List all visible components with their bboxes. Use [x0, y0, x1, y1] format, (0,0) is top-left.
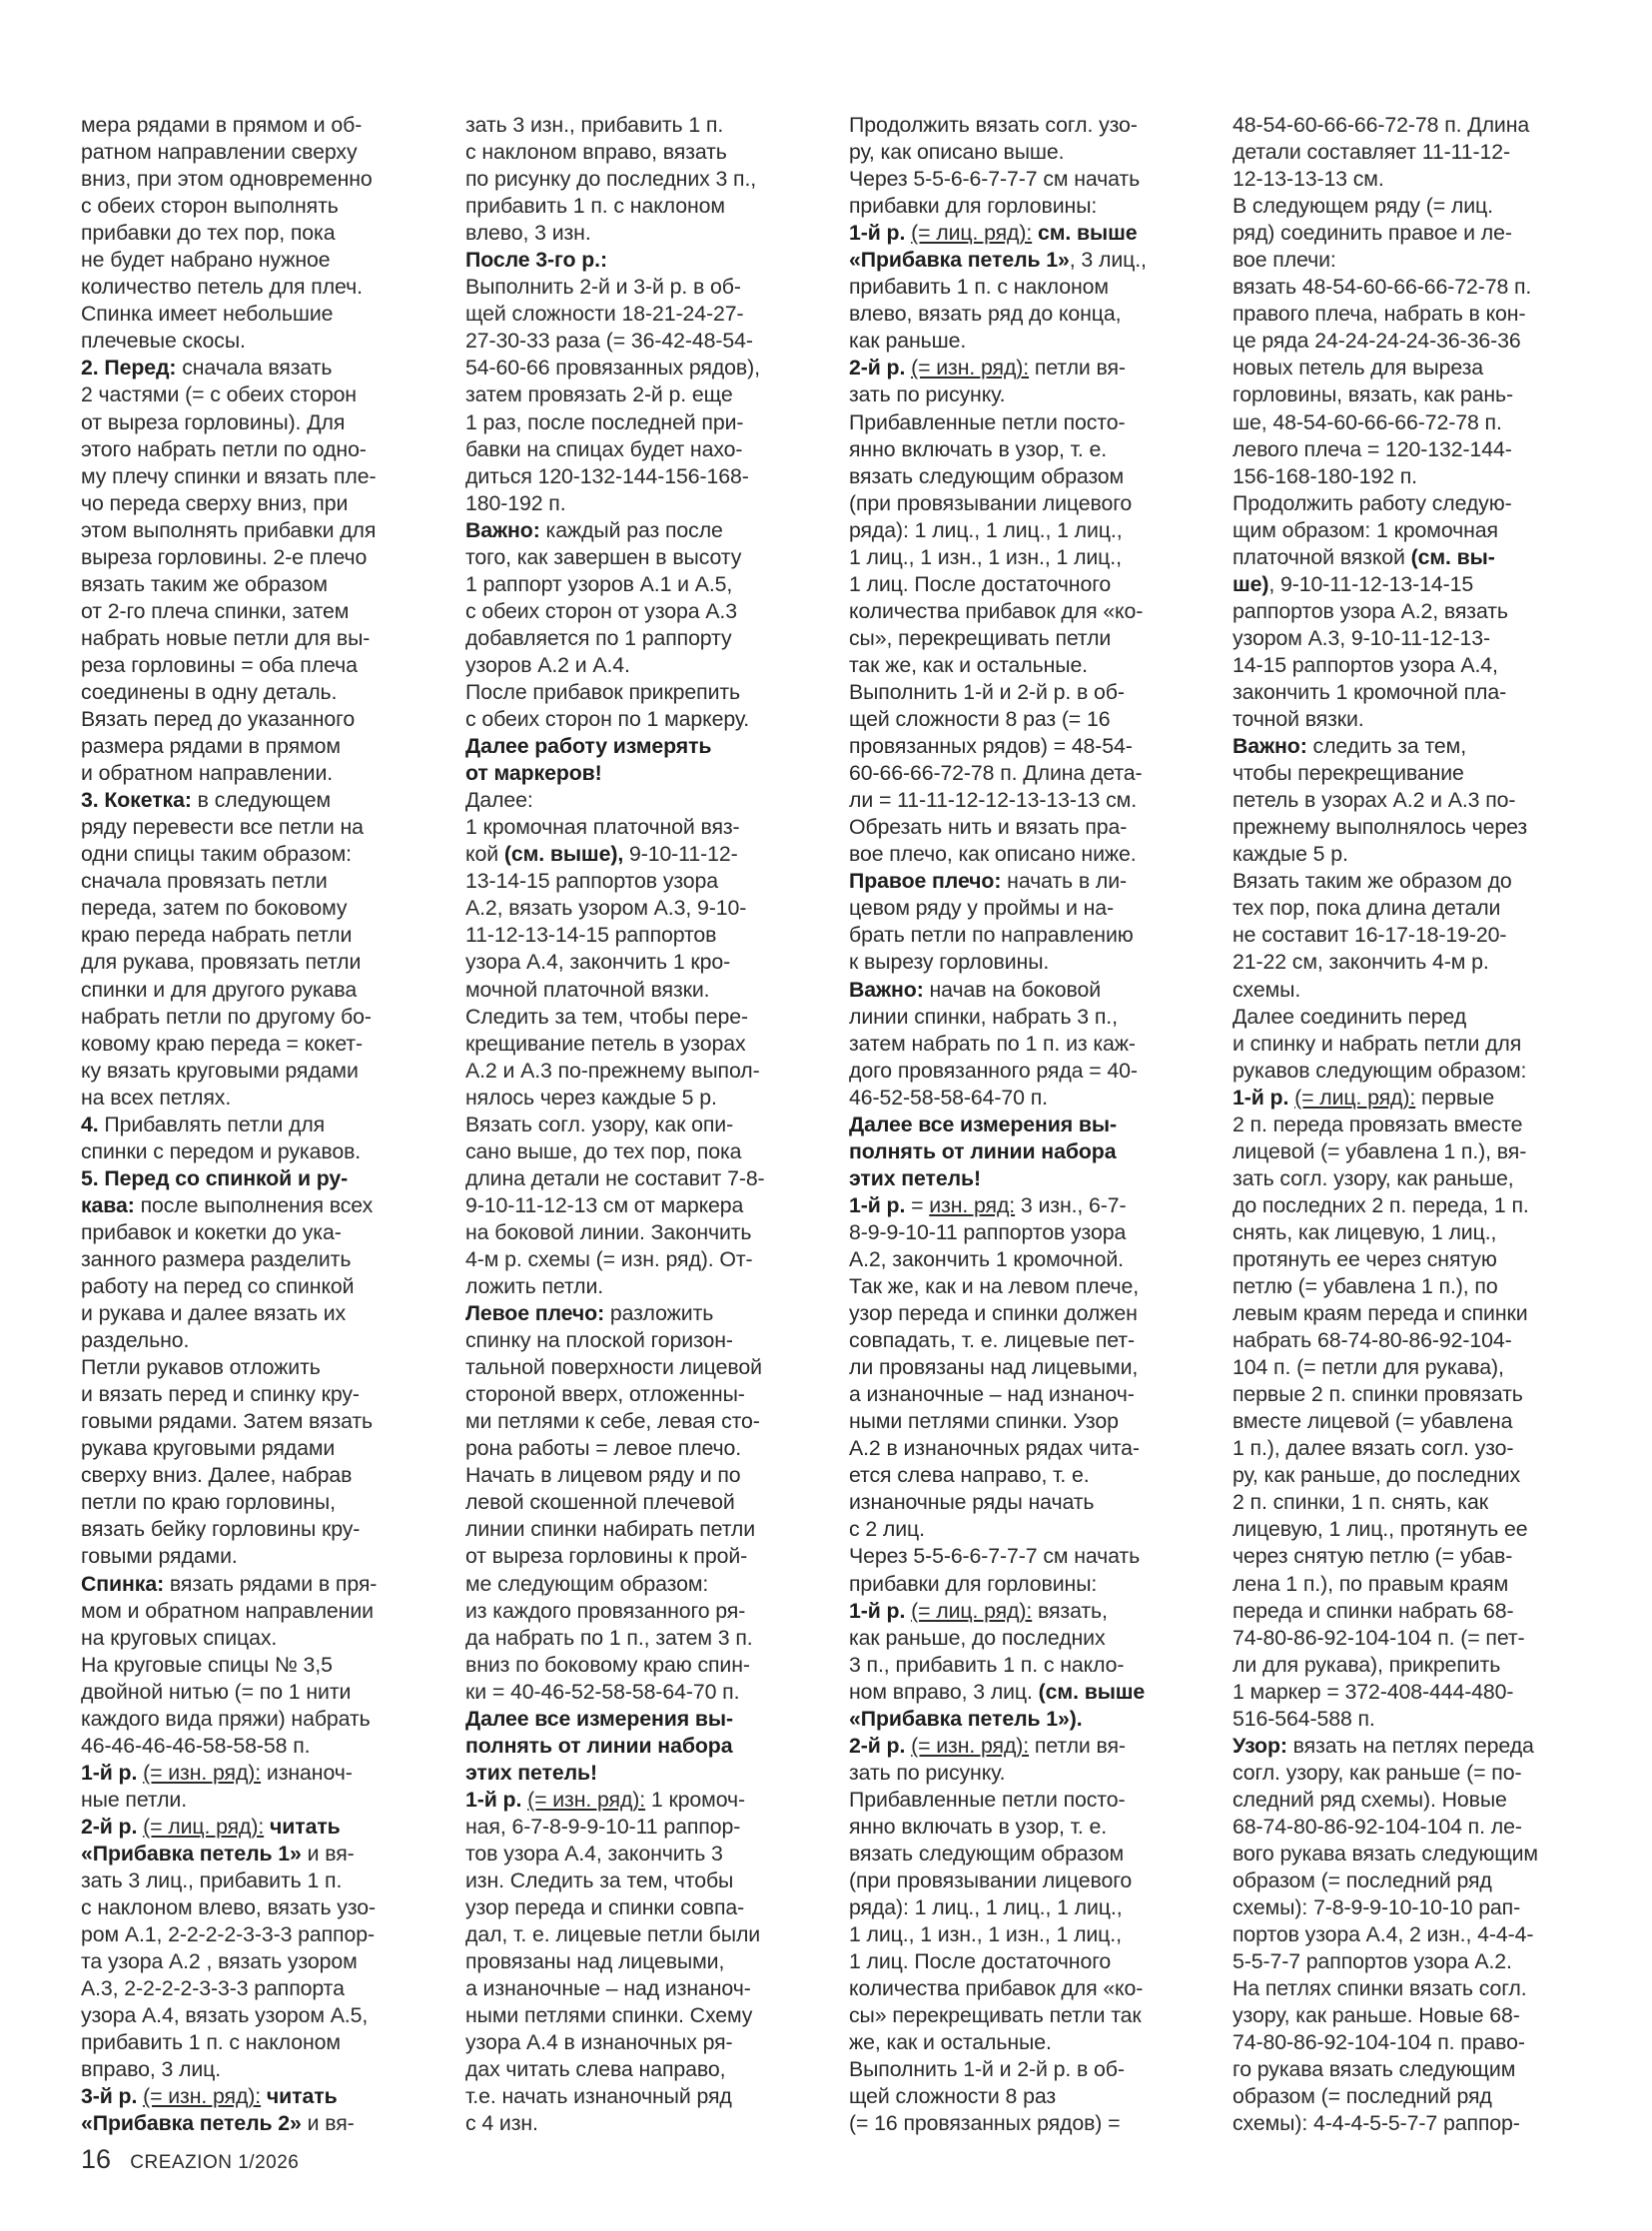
- text-line: После прибавок прикрепить: [465, 679, 815, 706]
- text-line: узора А.4, закончить 1 кро-: [465, 949, 815, 976]
- text-line: прибавки для горловины:: [849, 193, 1199, 220]
- text-run: левого плеча = 120-132-144-: [1233, 437, 1512, 461]
- bold-run: 1-й р.: [1233, 1086, 1288, 1110]
- text-run: соединены в одну деталь.: [81, 680, 337, 704]
- text-line: закончить 1 кромочной пла-: [1233, 679, 1592, 706]
- text-line: того, как завершен в высоту: [465, 544, 815, 571]
- text-run: а изнаночные – над изнаноч-: [465, 1976, 751, 2000]
- text-run: 54-60-66 провязанных рядов),: [465, 356, 760, 379]
- text-line: совпадать, т. е. лицевые пет-: [849, 1327, 1199, 1354]
- text-run: того, как завершен в высоту: [465, 545, 741, 569]
- text-run: говыми рядами.: [81, 1544, 238, 1568]
- text-run: тальной поверхности лицевой: [465, 1355, 762, 1379]
- bold-run: «Прибавка петель 1»: [81, 1842, 302, 1865]
- text-line: вязать следующим образом: [849, 1841, 1199, 1867]
- text-line: горловины, вязать, как рань-: [1233, 381, 1592, 408]
- text-line: линии спинки набирать петли: [465, 1516, 815, 1543]
- text-line: петли по краю горловины,: [81, 1489, 430, 1516]
- text-run: ми петлями к себе, левая сто-: [465, 1409, 760, 1433]
- text-line: и рукава и далее вязать их: [81, 1300, 430, 1327]
- text-line: вязать таким же образом: [81, 571, 430, 598]
- text-line: Выполнить 1-й и 2-й р. в об-: [849, 2056, 1199, 2083]
- text-line: На петлях спинки вязать согл.: [1233, 1975, 1592, 2002]
- text-line: лена 1 п.), по правым краям: [1233, 1571, 1592, 1598]
- text-run: После прибавок прикрепить: [465, 680, 740, 704]
- bold-run: (см. выше),: [504, 842, 623, 866]
- text-line: узор переда и спинки совпа-: [465, 1894, 815, 1921]
- text-line: лицевой (= убавлена 1 п.), вя-: [1233, 1138, 1592, 1165]
- bold-run: Далее все измерения вы-: [465, 1707, 733, 1731]
- text-line: ше), 9-10-11-12-13-14-15: [1233, 571, 1592, 598]
- text-line: (при провязывании лицевого: [849, 1867, 1199, 1894]
- text-line: 46-52-58-58-64-70 п.: [849, 1085, 1199, 1112]
- bold-run: от маркеров!: [465, 761, 602, 785]
- text-run: и спинку и набрать петли для: [1233, 1032, 1521, 1056]
- text-line: Далее соединить перед: [1233, 1004, 1592, 1031]
- text-run: размера рядами в прямом: [81, 734, 341, 758]
- text-run: так же, как и остальные.: [849, 653, 1088, 677]
- text-run: не составит 16-17-18-19-20-: [1233, 923, 1506, 947]
- text-run: 14-15 раппортов узора А.4,: [1233, 653, 1498, 677]
- bold-run: «Прибавка петель 1»).: [849, 1707, 1083, 1731]
- text-line: вместе лицевой (= убавлена: [1233, 1408, 1592, 1435]
- text-run: с наклоном вправо, вязать: [465, 140, 727, 164]
- text-run: 156-168-180-192 п.: [1233, 464, 1417, 488]
- text-run: 4-м р. схемы (= изн. ряд). От-: [465, 1247, 753, 1271]
- text-run: с 4 изн.: [465, 2111, 538, 2135]
- text-line: 27-30-33 раза (= 36-42-48-54-: [465, 328, 815, 355]
- text-run: 60-66-66-72-78 п. Длина дета-: [849, 761, 1142, 785]
- text-run: горловины, вязать, как рань-: [1233, 382, 1513, 406]
- text-line: ном вправо, 3 лиц. (см. выше: [849, 1679, 1199, 1706]
- text-line: 1 кромочная платочной вяз-: [465, 814, 815, 841]
- text-line: В следующем ряду (= лиц.: [1233, 193, 1592, 220]
- text-run: следний ряд схемы). Новые: [1233, 1788, 1507, 1812]
- text-run: изнаночные ряды начать: [849, 1490, 1094, 1514]
- magazine-issue: CREAZION 1/2026: [130, 2152, 299, 2173]
- text-line: набрать новые петли для вы-: [81, 625, 430, 652]
- text-run: Петли рукавов отложить: [81, 1355, 321, 1379]
- text-line: говыми рядами.: [81, 1543, 430, 1570]
- text-run: спинки и для другого рукава: [81, 978, 357, 1002]
- text-run: 3 изн., 6-7-: [1015, 1193, 1126, 1217]
- underlined-run: (= лиц. ряд):: [911, 221, 1032, 245]
- text-run: говыми рядами. Затем вязать: [81, 1409, 373, 1433]
- text-line: 9-10-11-12-13 см от маркера: [465, 1192, 815, 1219]
- text-line: прибавки до тех пор, пока: [81, 220, 430, 247]
- text-line: го рукава вязать следующим: [1233, 2056, 1592, 2083]
- text-run: щей сложности 8 раз: [849, 2084, 1056, 2108]
- text-run: на всех петлях.: [81, 1086, 231, 1110]
- text-line: 2-й р. (= лиц. ряд): читать: [81, 1814, 430, 1841]
- underlined-run: (= лиц. ряд):: [1294, 1086, 1415, 1110]
- bold-run: этих петель!: [465, 1761, 597, 1785]
- text-run: выреза горловины. 2-е плечо: [81, 545, 367, 569]
- text-line: му плечу спинки и вязать пле-: [81, 463, 430, 490]
- text-line: ли для рукава), прикрепить: [1233, 1652, 1592, 1679]
- text-run: чо переда сверху вниз, при: [81, 491, 348, 515]
- text-run: закончить 1 кромочной пла-: [1233, 680, 1506, 704]
- text-line: вправо, 3 лиц.: [81, 2056, 430, 2083]
- text-line: крещивание петель в узорах: [465, 1031, 815, 1058]
- text-line: ше, 48-54-60-66-66-72-78 п.: [1233, 409, 1592, 436]
- text-run: набрать 68-74-80-86-92-104-: [1233, 1328, 1512, 1352]
- text-line: 2 п. спинки, 1 п. снять, как: [1233, 1489, 1592, 1516]
- text-run: вязать таким же образом: [81, 572, 328, 596]
- text-run: узора А.4 в изнаночных ря-: [465, 2030, 733, 2054]
- bold-run: 1-й р.: [465, 1788, 521, 1812]
- text-line: сы» перекрещивать петли так: [849, 2002, 1199, 2029]
- text-run: плечевые скосы.: [81, 329, 246, 353]
- text-run: 2 п. переда провязать вместе: [1233, 1113, 1522, 1136]
- text-line: щим образом: 1 кромочная: [1233, 517, 1592, 544]
- text-line: 8-9-9-10-11 раппортов узора: [849, 1219, 1199, 1246]
- text-run: Через 5-5-6-6-7-7-7 см начать: [849, 167, 1140, 191]
- text-run: сано выше, до тех пор, пока: [465, 1139, 741, 1163]
- text-line: 3-й р. (= изн. ряд): читать: [81, 2083, 430, 2110]
- bold-run: «Прибавка петель 2»: [81, 2111, 302, 2135]
- text-run: вязать 48-54-60-66-66-72-78 п.: [1233, 275, 1531, 299]
- text-line: с обеих сторон выполнять: [81, 193, 430, 220]
- bold-run: 2-й р.: [849, 1734, 905, 1758]
- text-run: раздельно.: [81, 1328, 189, 1352]
- text-line: Выполнить 2-й и 3-й р. в об-: [465, 274, 815, 301]
- text-line: 1 п.), далее вязать согл. узо-: [1233, 1435, 1592, 1462]
- text-run: брать петли по направлению: [849, 923, 1134, 947]
- text-run: каждые 5 р.: [1233, 842, 1348, 866]
- text-line: Вязать согл. узору, как опи-: [465, 1112, 815, 1138]
- bold-run: Важно:: [849, 978, 924, 1002]
- text-line: 1 раппорт узоров А.1 и А.5,: [465, 571, 815, 598]
- text-run: схемы): 4-4-4-5-5-7-7 раппор-: [1233, 2111, 1520, 2135]
- text-run: петель в узорах А.2 и А.3 по-: [1233, 788, 1515, 812]
- bold-run: (см. вы-: [1411, 545, 1495, 569]
- text-line: на боковой линии. Закончить: [465, 1219, 815, 1246]
- text-line: левого плеча = 120-132-144-: [1233, 436, 1592, 463]
- text-run: раппортов узора А.2, вязать: [1233, 599, 1508, 623]
- text-run: це ряда 24-24-24-24-36-36-36: [1233, 329, 1521, 353]
- text-run: новых петель для выреза: [1233, 356, 1483, 379]
- text-line: Петли рукавов отложить: [81, 1354, 430, 1381]
- text-run: совпадать, т. е. лицевые пет-: [849, 1328, 1135, 1352]
- text-run: Далее соединить перед: [1233, 1005, 1466, 1029]
- text-run: портов узора А.4, 2 изн., 4-4-4-: [1233, 1922, 1533, 1946]
- text-run: ряду перевести все петли на: [81, 815, 364, 839]
- text-line: каждые 5 р.: [1233, 841, 1592, 868]
- text-run: (при провязывании лицевого: [849, 491, 1132, 515]
- text-run: правого плеча, набрать в кон-: [1233, 302, 1525, 326]
- text-line: как раньше, до последних: [849, 1625, 1199, 1652]
- text-run: ку вязать круговыми рядами: [81, 1059, 359, 1083]
- text-line: вого рукава вязать следующим: [1233, 1841, 1592, 1867]
- text-run: краю переда набрать петли: [81, 923, 352, 947]
- text-line: т.е. начать изнаночный ряд: [465, 2083, 815, 2110]
- text-line: чо переда сверху вниз, при: [81, 490, 430, 517]
- text-line: прибавок и кокетки до ука-: [81, 1219, 430, 1246]
- text-line: детали составляет 11-11-12-: [1233, 139, 1592, 166]
- bold-run: Важно:: [1233, 734, 1307, 758]
- text-run: реза горловины = оба плеча: [81, 653, 358, 677]
- text-line: левой скошенной плечевой: [465, 1489, 815, 1516]
- text-line: и обратном направлении.: [81, 760, 430, 787]
- text-run: влево, 3 изн.: [465, 221, 591, 245]
- text-run: после выполнения всех: [135, 1193, 373, 1217]
- text-run: и вя-: [302, 2111, 355, 2135]
- text-line: этого набрать петли по одно-: [81, 436, 430, 463]
- text-line: дах читать слева направо,: [465, 2056, 815, 2083]
- text-run: количества прибавок для «ко-: [849, 1976, 1143, 2000]
- text-run: вязать бейку горловины кру-: [81, 1517, 360, 1541]
- text-run: и вя-: [302, 1842, 355, 1865]
- text-run: добавляется по 1 раппорту: [465, 626, 732, 650]
- text-run: и рукава и далее вязать их: [81, 1301, 346, 1325]
- text-line: ряда): 1 лиц., 1 лиц., 1 лиц.,: [849, 1894, 1199, 1921]
- text-line: ковому краю переда = кокет-: [81, 1031, 430, 1058]
- text-run: прибавки для горловины:: [849, 194, 1097, 218]
- text-run: ме следующим образом:: [465, 1572, 708, 1596]
- text-run: кой: [465, 842, 504, 866]
- text-run: Выполнить 2-й и 3-й р. в об-: [465, 275, 741, 299]
- text-run: 8-9-9-10-11 раппортов узора: [849, 1220, 1126, 1244]
- text-line: На круговые спицы № 3,5: [81, 1652, 430, 1679]
- text-run: вого рукава вязать следующим: [1233, 1842, 1538, 1865]
- text-line: Спинка: вязать рядами в пря-: [81, 1571, 430, 1598]
- text-line: 2 п. переда провязать вместе: [1233, 1112, 1592, 1138]
- text-run: ратном направлении сверху: [81, 140, 358, 164]
- text-line: петлю (= убавлена 1 п.), по: [1233, 1273, 1592, 1300]
- text-run: с обеих сторон от узора А.3: [465, 599, 737, 623]
- text-line: узором А.3, 9-10-11-12-13-: [1233, 625, 1592, 652]
- text-line: соединены в одну деталь.: [81, 679, 430, 706]
- underlined-run: изн. ряд:: [929, 1193, 1015, 1217]
- text-column-4: 48-54-60-66-66-72-78 п. Длинадетали сост…: [1233, 112, 1592, 2138]
- text-run: Вязать перед до указанного: [81, 707, 355, 731]
- text-line: так же, как и остальные.: [849, 652, 1199, 679]
- text-run: провязанных рядов) = 48-54-: [849, 734, 1133, 758]
- bold-run: Далее работу измерять: [465, 734, 711, 758]
- text-line: же, как и остальные.: [849, 2029, 1199, 2056]
- text-run: 1 п.), далее вязать согл. узо-: [1233, 1436, 1513, 1460]
- text-run: снять, как лицевую, 1 лиц.,: [1233, 1220, 1496, 1244]
- text-line: этих петель!: [849, 1165, 1199, 1192]
- text-line: и вязать перед и спинку кру-: [81, 1381, 430, 1408]
- text-line: тех пор, пока длина детали: [1233, 895, 1592, 922]
- text-run: 1 лиц. После достаточного: [849, 572, 1111, 596]
- text-line: вязать 48-54-60-66-66-72-78 п.: [1233, 274, 1592, 301]
- text-run: с наклоном влево, вязать узо-: [81, 1895, 376, 1919]
- text-line: от маркеров!: [465, 760, 815, 787]
- text-run: с обеих сторон выполнять: [81, 194, 339, 218]
- text-run: прибавки до тех пор, пока: [81, 221, 335, 245]
- text-line: янно включать в узор, т. е.: [849, 1814, 1199, 1841]
- text-run: Спинка имеет небольшие: [81, 302, 333, 326]
- bold-run: 1-й р.: [81, 1761, 137, 1785]
- text-line: брать петли по направлению: [849, 922, 1199, 949]
- text-line: прибавки для горловины:: [849, 1571, 1199, 1598]
- text-line: дал, т. е. лицевые петли были: [465, 1921, 815, 1948]
- text-line: 74-80-86-92-104-104 п. (= пет-: [1233, 1625, 1592, 1652]
- text-line: провязанных рядов) = 48-54-: [849, 733, 1199, 760]
- text-line: Далее работу измерять: [465, 733, 815, 760]
- text-line: 5. Перед со спинкой и ру-: [81, 1165, 430, 1192]
- text-run: узор переда и спинки должен: [849, 1301, 1138, 1325]
- text-run: 74-80-86-92-104-104 п. (= пет-: [1233, 1626, 1525, 1650]
- bold-run: читать: [267, 2084, 338, 2108]
- text-run: узору, как раньше. Новые 68-: [1233, 2003, 1520, 2027]
- text-line: «Прибавка петель 1»).: [849, 1706, 1199, 1733]
- text-run: 2 частями (= с обеих сторон: [81, 382, 357, 406]
- text-line: нялось через каждые 5 р.: [465, 1085, 815, 1112]
- text-line: с обеих сторон по 1 маркеру.: [465, 706, 815, 733]
- text-run: работу на перед со спинкой: [81, 1274, 354, 1298]
- text-line: 21-22 см, закончить 4-м р.: [1233, 949, 1592, 976]
- bold-run: Далее все измерения вы-: [849, 1113, 1117, 1136]
- text-line: да набрать по 1 п., затем 3 п.: [465, 1625, 815, 1652]
- text-line: схемы): 7-8-9-9-10-10-10 рап-: [1233, 1894, 1592, 1921]
- text-line: 4. Прибавлять петли для: [81, 1112, 430, 1138]
- text-run: диться 120-132-144-156-168-: [465, 464, 749, 488]
- text-line: спинки с передом и рукавов.: [81, 1138, 430, 1165]
- text-run: Выполнить 1-й и 2-й р. в об-: [849, 2057, 1125, 2081]
- text-run: щей сложности 8 раз (= 16: [849, 707, 1110, 731]
- text-run: 1 маркер = 372-408-444-480-: [1233, 1680, 1513, 1704]
- text-line: чтобы перекрещивание: [1233, 760, 1592, 787]
- text-line: ме следующим образом:: [465, 1571, 815, 1598]
- text-run: прибавок и кокетки до ука-: [81, 1220, 342, 1244]
- text-run: левым краям переда и спинки: [1233, 1301, 1528, 1325]
- bold-run: 1-й р.: [849, 1193, 905, 1217]
- text-run: Через 5-5-6-6-7-7-7 см начать: [849, 1544, 1140, 1568]
- text-run: Начать в лицевом ряду и по: [465, 1463, 741, 1487]
- text-run: для рукава, провязать петли: [81, 950, 361, 974]
- text-run: ными петлями спинки. Узор: [849, 1409, 1119, 1433]
- bold-run: Левое плечо:: [465, 1301, 604, 1325]
- text-line: 48-54-60-66-66-72-78 п. Длина: [1233, 112, 1592, 139]
- text-run: узор переда и спинки совпа-: [465, 1895, 744, 1919]
- text-line: первые 2 п. спинки провязать: [1233, 1381, 1592, 1408]
- text-line: ряд) соединить правое и ле-: [1233, 220, 1592, 247]
- text-line: вязать бейку горловины кру-: [81, 1516, 430, 1543]
- text-run: зать 3 лиц., прибавить 1 п.: [81, 1868, 342, 1892]
- text-line: 3. Кокетка: в следующем: [81, 787, 430, 814]
- text-line: тов узора А.4, закончить 3: [465, 1841, 815, 1867]
- text-run: бавки на спицах будет нахо-: [465, 437, 742, 461]
- text-run: , 9-10-11-12-13-14-15: [1268, 572, 1473, 596]
- bold-run: 3. Кокетка:: [81, 788, 192, 812]
- text-run: дал, т. е. лицевые петли были: [465, 1922, 760, 1946]
- text-line: рона работы = левое плечо.: [465, 1435, 815, 1462]
- text-run: начав на боковой: [924, 978, 1101, 1002]
- text-line: 1 раз, после последней при-: [465, 409, 815, 436]
- text-run: количества прибавок для «ко-: [849, 599, 1143, 623]
- text-run: Продолжить работу следую-: [1233, 491, 1512, 515]
- text-line: «Прибавка петель 1» и вя-: [81, 1841, 430, 1867]
- text-line: (при провязывании лицевого: [849, 490, 1199, 517]
- text-run: количество петель для плеч.: [81, 275, 363, 299]
- text-run: крещивание петель в узорах: [465, 1032, 746, 1056]
- text-line: вязать следующим образом: [849, 463, 1199, 490]
- text-line: на всех петлях.: [81, 1085, 430, 1112]
- text-run: ром А.1, 2-2-2-2-3-3-3 раппор-: [81, 1922, 375, 1946]
- text-line: це ряда 24-24-24-24-36-36-36: [1233, 328, 1592, 355]
- underlined-run: (= изн. ряд):: [143, 1761, 261, 1785]
- text-run: 27-30-33 раза (= 36-42-48-54-: [465, 329, 753, 353]
- text-line: 13-14-15 раппортов узора: [465, 868, 815, 895]
- text-line: а изнаночные – над изнаноч-: [849, 1381, 1199, 1408]
- page-number: 16: [81, 2144, 111, 2174]
- text-line: с 2 лиц.: [849, 1516, 1199, 1543]
- text-run: 1 кромочная платочной вяз-: [465, 815, 740, 839]
- text-line: Обрезать нить и вязать пра-: [849, 814, 1199, 841]
- text-run: мера рядами в прямом и об-: [81, 113, 362, 137]
- text-run: Продолжить вязать согл. узо-: [849, 113, 1138, 137]
- text-run: петли вя-: [1029, 1734, 1126, 1758]
- text-run: каждый раз после: [540, 518, 723, 542]
- text-run: сы» перекрещивать петли так: [849, 2003, 1142, 2027]
- text-run: зать согл. узору, как раньше,: [1233, 1166, 1514, 1190]
- text-run: влево, вязать ряд до конца,: [849, 302, 1121, 326]
- text-line: стороной вверх, отложенны-: [465, 1381, 815, 1408]
- text-run: зать по рисунку.: [849, 1761, 1005, 1785]
- text-run: 5-5-7-7 раппортов узора А.2.: [1233, 1949, 1512, 1973]
- bold-run: полнять от линии набора: [465, 1734, 732, 1758]
- text-run: вязать следующим образом: [849, 1842, 1124, 1865]
- text-line: правого плеча, набрать в кон-: [1233, 301, 1592, 328]
- text-line: рукавов следующим образом:: [1233, 1058, 1592, 1085]
- text-run: платочной вязкой: [1233, 545, 1411, 569]
- text-line: цевом ряду у проймы и на-: [849, 895, 1199, 922]
- text-line: петель в узорах А.2 и А.3 по-: [1233, 787, 1592, 814]
- text-run: сы», перекрещивать петли: [849, 626, 1111, 650]
- text-run: 12-13-13-13 см.: [1233, 167, 1384, 191]
- text-line: ру, как раньше, до последних: [1233, 1462, 1592, 1489]
- text-line: диться 120-132-144-156-168-: [465, 463, 815, 490]
- text-run: на круговых спицах.: [81, 1626, 277, 1650]
- text-line: следний ряд схемы). Новые: [1233, 1787, 1592, 1814]
- text-run: нялось через каждые 5 р.: [465, 1086, 717, 1110]
- text-run: Прибавленные петли посто-: [849, 410, 1125, 434]
- text-run: 1 лиц. После достаточного: [849, 1949, 1111, 1973]
- text-line: Продолжить вязать согл. узо-: [849, 112, 1199, 139]
- text-line: изн. Следить за тем, чтобы: [465, 1867, 815, 1894]
- text-run: 1 раз, после последней при-: [465, 410, 743, 434]
- text-line: узору, как раньше. Новые 68-: [1233, 2002, 1592, 2029]
- text-line: длина детали не составит 7-8-: [465, 1165, 815, 1192]
- text-line: с 4 изн.: [465, 2110, 815, 2137]
- text-line: узоров А.2 и А.4.: [465, 652, 815, 679]
- text-line: зать 3 изн., прибавить 1 п.: [465, 112, 815, 139]
- text-line: переда, затем по боковому: [81, 895, 430, 922]
- text-line: 1-й р. (= изн. ряд): изнаноч-: [81, 1760, 430, 1787]
- text-line: выреза горловины. 2-е плечо: [81, 544, 430, 571]
- text-line: А.2 и А.3 по-прежнему выпол-: [465, 1058, 815, 1085]
- text-run: от выреза горловины). Для: [81, 410, 345, 434]
- underlined-run: (= изн. ряд):: [911, 1734, 1029, 1758]
- text-line: Прибавленные петли посто-: [849, 1787, 1199, 1814]
- text-run: схемы): 7-8-9-9-10-10-10 рап-: [1233, 1895, 1520, 1919]
- bold-run: полнять от линии набора: [849, 1139, 1116, 1163]
- text-run: рона работы = левое плечо.: [465, 1436, 741, 1460]
- text-line: говыми рядами. Затем вязать: [81, 1408, 430, 1435]
- text-run: к вырезу горловины.: [849, 950, 1049, 974]
- text-run: т.е. начать изнаночный ряд: [465, 2084, 732, 2108]
- text-line: набрать 68-74-80-86-92-104-: [1233, 1327, 1592, 1354]
- magazine-page: мера рядами в прямом и об-ратном направл…: [0, 0, 1652, 2231]
- text-run: протянуть ее через снятую: [1233, 1247, 1497, 1271]
- text-run: с 2 лиц.: [849, 1517, 925, 1541]
- bold-run: Важно:: [465, 518, 540, 542]
- text-line: Важно: каждый раз после: [465, 517, 815, 544]
